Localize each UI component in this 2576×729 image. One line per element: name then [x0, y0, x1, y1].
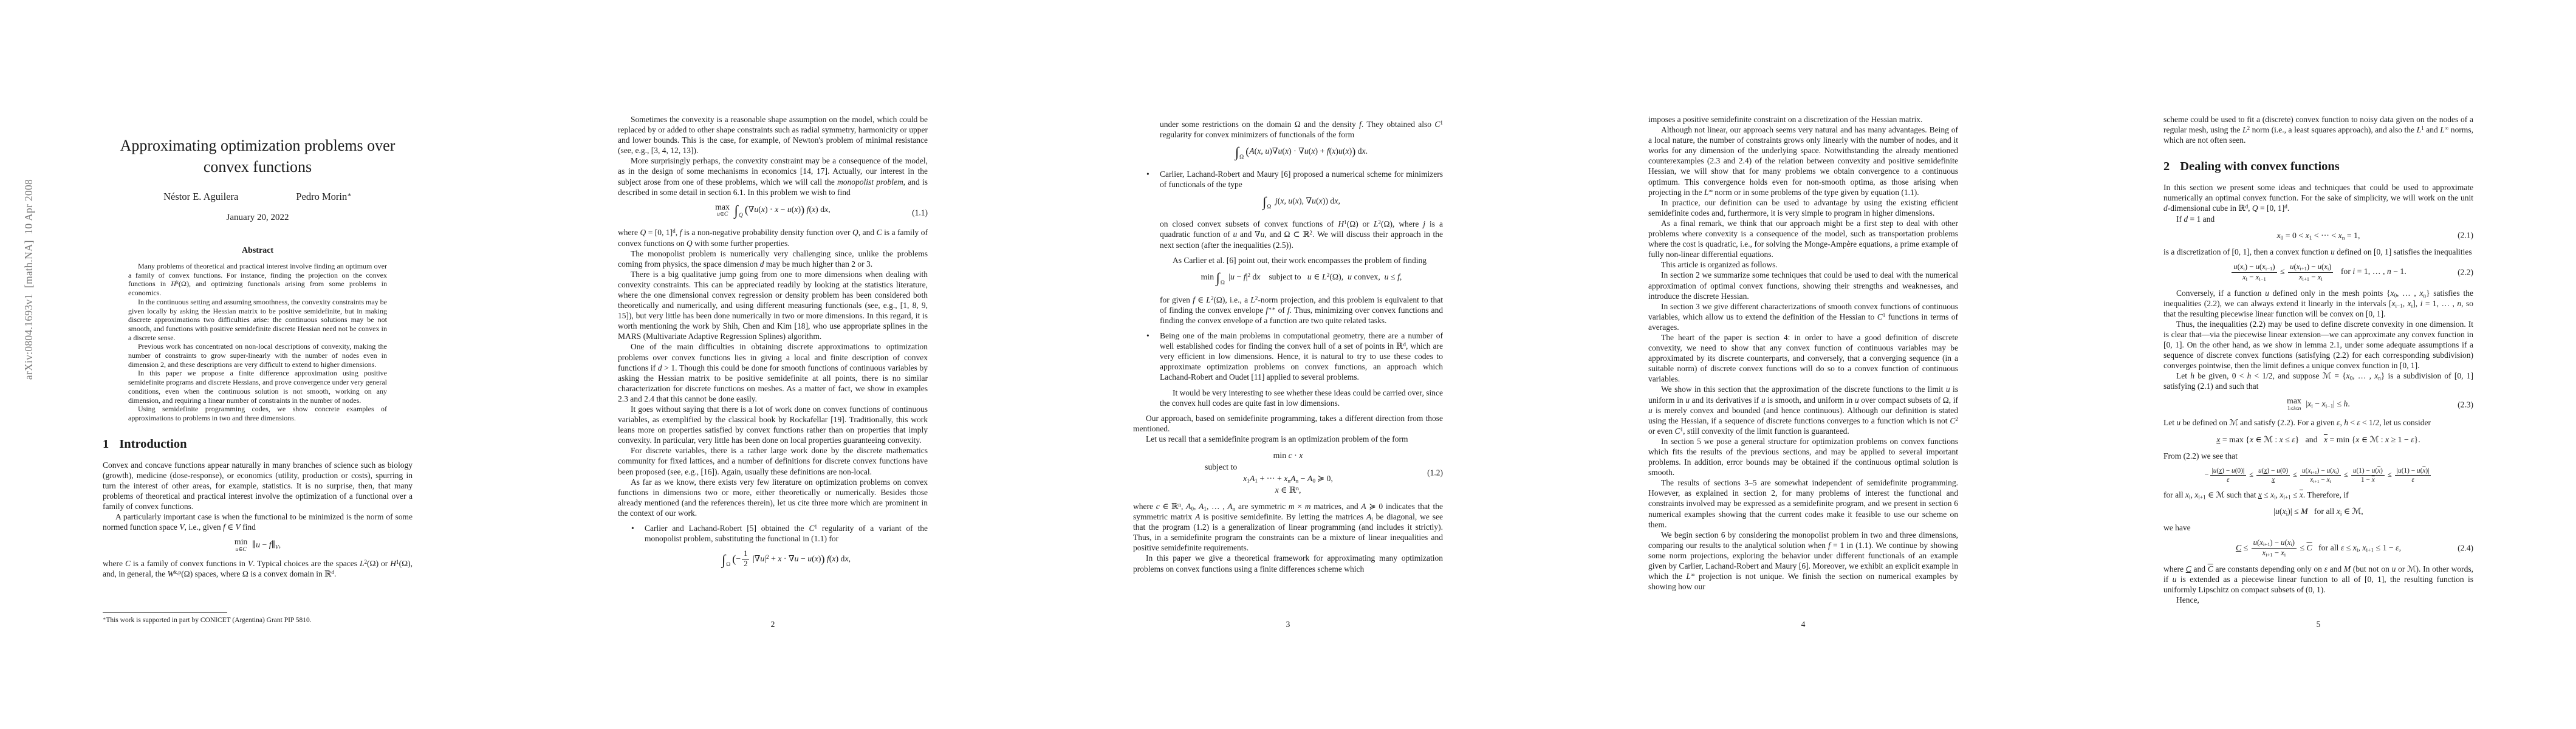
section-number: 2: [2163, 160, 2170, 173]
paragraph: where c ∈ ℝn, A0, A1, … , An are symmetr…: [1133, 501, 1443, 553]
page-number: 3: [1030, 620, 1546, 629]
abstract-paragraph: Previous work has concentrated on non-lo…: [128, 342, 387, 369]
equation: −|u(x) − u(0)|ε ≤ u(x) − u(0)x ≤ u(xi+1)…: [2163, 467, 2473, 484]
paragraph: From (2.2) we see that: [2163, 451, 2473, 461]
paragraph: is a discretization of [0, 1], then a co…: [2163, 247, 2473, 257]
paragraph: In section 2 we summarize some technique…: [1648, 270, 1958, 301]
footnote: ∗This work is supported in part by CONIC…: [103, 612, 413, 625]
equation-body: min c · xsubject tox1A1 + ··· + xnAn − A…: [1133, 450, 1443, 496]
paragraph: For discrete variables, there is a rathe…: [618, 445, 928, 476]
paragraph: Although not linear, our approach seems …: [1648, 125, 1958, 197]
authors-line: Néstor E. AguileraPedro Morin∗: [103, 191, 413, 203]
paragraph: A particularly important case is when th…: [103, 512, 413, 532]
equation: maxu∈C ∫Q(∇u(x) · x − u(x)) f(x) dx,(1.1…: [618, 203, 928, 222]
paper-title: Approximating optimization problems over…: [103, 135, 413, 177]
page-3: under some restrictions on the domain Ω …: [1030, 0, 1546, 729]
abstract-paragraph: In the continuous setting and assuming s…: [128, 298, 387, 343]
equation-body: −|u(x) − u(0)|ε ≤ u(x) − u(0)x ≤ u(xi+1)…: [2205, 470, 2433, 479]
bullet-text: Being one of the main problems in comput…: [1160, 331, 1443, 382]
bullet-marker: •: [1146, 330, 1149, 341]
bullet-paragraph: under some restrictions on the domain Ω …: [1160, 119, 1443, 140]
abstract-paragraph: In this paper we propose a finite differ…: [128, 369, 387, 405]
page-number: 2: [515, 620, 1030, 629]
equation: C ≤ u(xi+1) − u(xi)xi+1 − xi ≤ C for all…: [2163, 538, 2473, 558]
bullet-paragraph: It would be very interesting to see whet…: [1160, 388, 1443, 408]
equation-body: min ∫Ω |u − f|2 dx subject to u ∈ L2(Ω),…: [1201, 272, 1402, 281]
paragraph: where C and C are constants depending on…: [2163, 564, 2473, 595]
paragraph: As a final remark, we think that our app…: [1648, 218, 1958, 259]
paragraph: The monopolist problem is numerically ve…: [618, 248, 928, 269]
equation: x = max {x ∈ ℳ : x ≤ ε} and x = min {x ∈…: [2163, 434, 2473, 445]
page-4-content: imposes a positive semidefinite constrai…: [1648, 114, 1958, 592]
bullet-item: •Being one of the main problems in compu…: [1160, 330, 1443, 382]
equation: min c · xsubject tox1A1 + ··· + xnAn − A…: [1133, 450, 1443, 496]
paragraph: One of the main difficulties in obtainin…: [618, 341, 928, 404]
equation-body: minu∈C ∥u − f∥V,: [235, 540, 281, 549]
paragraph: Convex and concave functions appear natu…: [103, 460, 413, 512]
bullet-text: Carlier and Lachand-Robert [5] obtained …: [645, 524, 928, 543]
page-1-content: Approximating optimization problems over…: [103, 135, 413, 579]
paragraph: Conversely, if a function u defined only…: [2163, 288, 2473, 319]
equation-body: C ≤ u(xi+1) − u(xi)xi+1 − xi ≤ C for all…: [2236, 543, 2401, 552]
equation-body: max1≤i≤n |xi − xi−1| ≤ h.: [2287, 399, 2350, 408]
paragraph: Let us recall that a semidefinite progra…: [1133, 434, 1443, 444]
page-2: Sometimes the convexity is a reasonable …: [515, 0, 1030, 729]
paragraph: We show in this section that the approxi…: [1648, 384, 1958, 436]
arxiv-stamp: arXiv:0804.1693v1 [math.NA] 10 Apr 2008: [22, 67, 35, 492]
page-4: imposes a positive semidefinite constrai…: [1546, 0, 2061, 729]
page-3-content: under some restrictions on the domain Ω …: [1133, 114, 1443, 574]
section-heading: 2Dealing with convex functions: [2163, 160, 2473, 174]
bullet-text: Carlier, Lachand-Robert and Maury [6] pr…: [1160, 169, 1443, 189]
equation-body: x0 = 0 < x1 < ··· < xn = 1,: [2277, 231, 2360, 240]
paragraph: In this paper we give a theoretical fram…: [1133, 553, 1443, 573]
paragraph: The results of sections 3–5 are somewhat…: [1648, 477, 1958, 529]
equation-tag: (1.2): [1427, 467, 1443, 478]
paragraph: Sometimes the convexity is a reasonable …: [618, 114, 928, 156]
page-5: scheme could be used to fit a (discrete)…: [2061, 0, 2576, 729]
section-number: 1: [103, 437, 109, 451]
equation-tag: (2.2): [2458, 267, 2473, 278]
paragraph: The heart of the paper is section 4: in …: [1648, 332, 1958, 384]
paragraph: Let u be defined on ℳ and satisfy (2.2).…: [2163, 417, 2473, 428]
paragraph: we have: [2163, 522, 2473, 533]
paragraph: There is a big qualitative jump going fr…: [618, 269, 928, 342]
paragraph: for all xi, xi+1 ∈ ℳ such that x ≤ xi, x…: [2163, 490, 2473, 500]
page-number: 5: [2061, 620, 2576, 629]
bullet-marker: •: [1146, 169, 1149, 179]
abstract-paragraph: Using semidefinite programming codes, we…: [128, 405, 387, 422]
paragraph: If d = 1 and: [2163, 214, 2473, 224]
equation-body: ∫Ω(−12 |∇u|2 + x · ∇u − u(x)) f(x) dx,: [722, 554, 851, 563]
equation: ∫Ω(−12 |∇u|2 + x · ∇u − u(x)) f(x) dx,: [645, 549, 928, 571]
page-2-content: Sometimes the convexity is a reasonable …: [618, 114, 928, 577]
paragraph: More surprisingly perhaps, the convexity…: [618, 156, 928, 197]
paragraph: imposes a positive semidefinite constrai…: [1648, 114, 1958, 125]
abstract-heading: Abstract: [103, 246, 413, 256]
paper-date: January 20, 2022: [103, 213, 413, 223]
bullet-paragraph: As Carlier et al. [6] point out, their w…: [1160, 255, 1443, 265]
paragraph: As far as we know, there exists very few…: [618, 477, 928, 518]
page-5-content: scheme could be used to fit a (discrete)…: [2163, 114, 2473, 605]
bullet-item: •Carlier and Lachand-Robert [5] obtained…: [645, 523, 928, 544]
equation: minu∈C ∥u − f∥V,: [103, 538, 413, 553]
equation-tag: (2.1): [2458, 230, 2473, 241]
paragraph: Hence,: [2163, 595, 2473, 605]
equation: ∫Ω(A(x, u)∇u(x) · ∇u(x) + f(x)u(x)) dx.: [1160, 145, 1443, 163]
equation: ∫Ω j(x, u(x), ∇u(x)) dx,: [1160, 195, 1443, 213]
paragraph: where Q = [0, 1]d, f is a non-negative p…: [618, 227, 928, 248]
equation: x0 = 0 < x1 < ··· < xn = 1,(2.1): [2163, 230, 2473, 241]
section-label: Dealing with convex functions: [2180, 160, 2340, 173]
paragraph: In practice, our definition can be used …: [1648, 197, 1958, 218]
page-1: arXiv:0804.1693v1 [math.NA] 10 Apr 2008 …: [0, 0, 515, 729]
equation-body: x = max {x ∈ ℳ : x ≤ ε} and x = min {x ∈…: [2216, 435, 2420, 444]
bullet-paragraph: for given f ∈ L2(Ω), i.e., a L2-norm pro…: [1160, 295, 1443, 326]
paragraph: Thus, the inequalities (2.2) may be used…: [2163, 319, 2473, 371]
equation-body: u(xi) − u(xi−1)xi − xi−1 ≤ u(xi+1) − u(x…: [2230, 267, 2406, 276]
equation-tag: (2.3): [2458, 399, 2473, 410]
bullet-item: •Carlier, Lachand-Robert and Maury [6] p…: [1160, 169, 1443, 190]
bullet-paragraph: on closed convex subsets of convex funct…: [1160, 219, 1443, 250]
pdf-viewer-canvas: arXiv:0804.1693v1 [math.NA] 10 Apr 2008 …: [0, 0, 2576, 729]
page-number: 4: [1546, 620, 2061, 629]
equation-body: ∫Ω j(x, u(x), ∇u(x)) dx,: [1262, 196, 1340, 205]
paragraph: scheme could be used to fit a (discrete)…: [2163, 114, 2473, 145]
equation-body: ∫Ω(A(x, u)∇u(x) · ∇u(x) + f(x)u(x)) dx.: [1235, 146, 1368, 156]
paragraph: where C is a family of convex functions …: [103, 558, 413, 579]
author-1: Néstor E. Aguilera: [163, 191, 238, 203]
paragraph: It goes without saying that there is a l…: [618, 404, 928, 445]
equation-tag: (2.4): [2458, 542, 2473, 554]
equation-body: |u(xi)| ≤ M for all xi ∈ ℳ,: [2273, 507, 2363, 516]
section-label: Introduction: [119, 437, 187, 451]
equation: min ∫Ω |u − f|2 dx subject to u ∈ L2(Ω),…: [1160, 271, 1443, 289]
bullet-marker: •: [631, 523, 634, 533]
equation-body: maxu∈C ∫Q(∇u(x) · x − u(x)) f(x) dx,: [715, 205, 830, 214]
paragraph: In this section we present some ideas an…: [2163, 182, 2473, 213]
equation-tag: (1.1): [912, 207, 928, 218]
author-2: Pedro Morin∗: [296, 191, 352, 203]
equation: |u(xi)| ≤ M for all xi ∈ ℳ,: [2163, 505, 2473, 517]
paragraph: Our approach, based on semidefinite prog…: [1133, 413, 1443, 434]
abstract-paragraph: Many problems of theoretical and practic…: [128, 262, 387, 298]
equation: u(xi) − u(xi−1)xi − xi−1 ≤ u(xi+1) − u(x…: [2163, 262, 2473, 282]
paragraph: We begin section 6 by considering the mo…: [1648, 530, 1958, 592]
paragraph: In section 3 we give different character…: [1648, 301, 1958, 332]
section-heading: 1Introduction: [103, 437, 413, 451]
equation: max1≤i≤n |xi − xi−1| ≤ h.(2.3): [2163, 397, 2473, 412]
paragraph: In section 5 we pose a general structure…: [1648, 436, 1958, 477]
paragraph: Let h be given, 0 < h < 1/2, and suppose…: [2163, 371, 2473, 391]
paragraph: This article is organized as follows.: [1648, 259, 1958, 270]
